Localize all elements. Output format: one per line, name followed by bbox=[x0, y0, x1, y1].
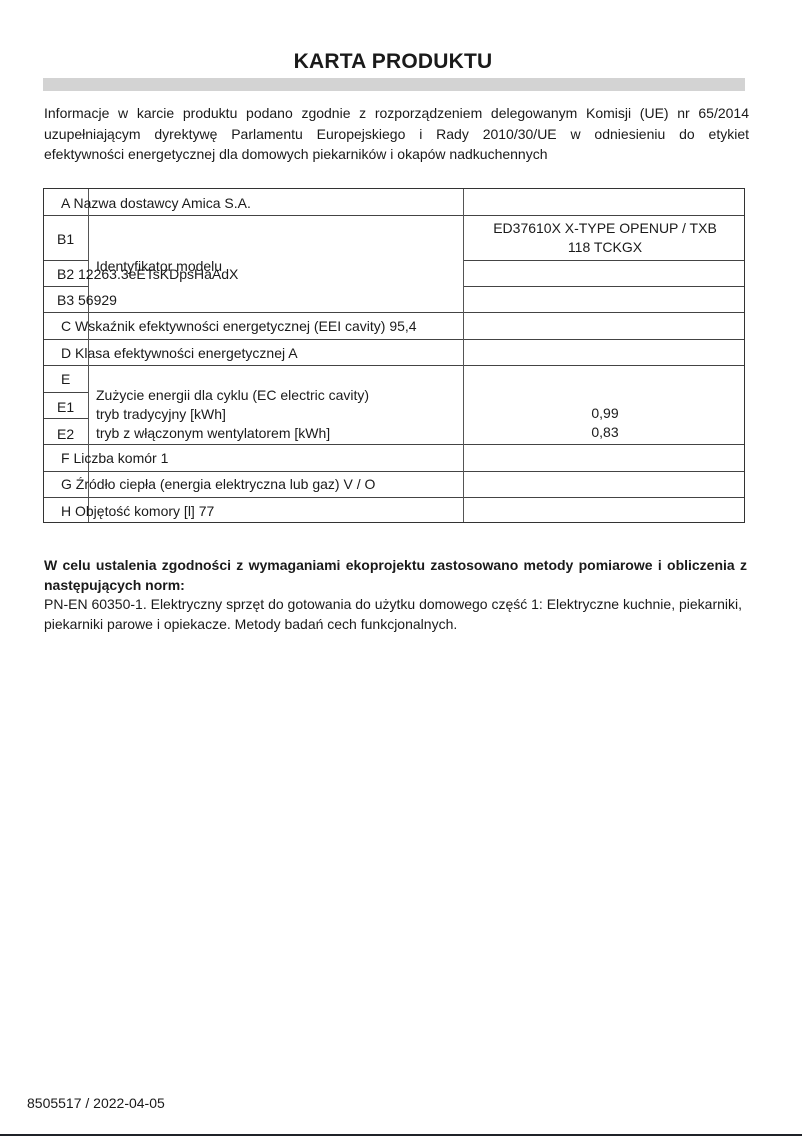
row-e2-code: E2 bbox=[57, 426, 74, 442]
row-divider bbox=[463, 260, 744, 261]
model-value: ED37610X X-TYPE OPENUP / TXB 118 TCKGX bbox=[464, 219, 746, 257]
row-divider bbox=[44, 418, 88, 419]
row-e1-code: E1 bbox=[57, 399, 74, 415]
title-underline-bar bbox=[43, 78, 745, 91]
row-b3-text: B3 56929 bbox=[57, 292, 117, 308]
intro-paragraph: Informacje w karcie produktu podano zgod… bbox=[44, 103, 749, 165]
row-divider bbox=[463, 286, 744, 287]
energy-conventional-label: tryb tradycyjny [kWh] bbox=[96, 406, 226, 422]
model-value-line1: ED37610X X-TYPE OPENUP / TXB bbox=[464, 219, 746, 238]
row-divider bbox=[44, 365, 744, 366]
row-f-text: F Liczba komór 1 bbox=[61, 450, 168, 466]
row-divider bbox=[44, 392, 88, 393]
row-b2-text: B2 12263.3eETsKDpsHaAdX bbox=[57, 266, 238, 282]
norms-body: PN-EN 60350-1. Elektryczny sprzęt do got… bbox=[44, 595, 747, 634]
row-divider bbox=[44, 260, 88, 261]
row-h-text: H Objętość komory [l] 77 bbox=[61, 503, 214, 519]
page-title: KARTA PRODUKTU bbox=[0, 50, 786, 74]
row-divider bbox=[44, 215, 744, 216]
energy-fan-label: tryb z włączonym wentylatorem [kWh] bbox=[96, 425, 330, 441]
row-divider bbox=[44, 444, 744, 445]
row-divider bbox=[44, 471, 744, 472]
intro-text-last-line: efektywności energetycznej dla domowych … bbox=[44, 144, 749, 165]
row-b1-code: B1 bbox=[57, 231, 74, 247]
row-divider bbox=[44, 312, 744, 313]
row-e-code: E bbox=[61, 371, 70, 387]
energy-fan-value: 0,83 bbox=[464, 423, 746, 442]
row-divider bbox=[44, 339, 744, 340]
row-divider bbox=[44, 497, 744, 498]
norms-section: W celu ustalenia zgodności z wymaganiami… bbox=[44, 556, 747, 634]
row-c-text: C Wskaźnik efektywności energetycznej (E… bbox=[61, 318, 417, 334]
norms-heading: W celu ustalenia zgodności z wymaganiami… bbox=[44, 556, 747, 595]
row-divider bbox=[44, 286, 88, 287]
row-a-text: A Nazwa dostawcy Amica S.A. bbox=[61, 195, 251, 211]
energy-conventional-value: 0,99 bbox=[464, 404, 746, 423]
row-g-text: G Źródło ciepła (energia elektryczna lub… bbox=[61, 476, 375, 492]
model-value-line2: 118 TCKGX bbox=[464, 238, 746, 257]
document-footer-id-date: 8505517 / 2022-04-05 bbox=[27, 1095, 165, 1111]
energy-label: Zużycie energii dla cyklu (EC electric c… bbox=[96, 387, 369, 403]
product-info-table: A Nazwa dostawcy Amica S.A. B1 ED37610X … bbox=[43, 188, 745, 523]
intro-text-justified: Informacje w karcie produktu podano zgod… bbox=[44, 103, 749, 144]
row-d-text: D Klasa efektywności energetycznej A bbox=[61, 345, 298, 361]
